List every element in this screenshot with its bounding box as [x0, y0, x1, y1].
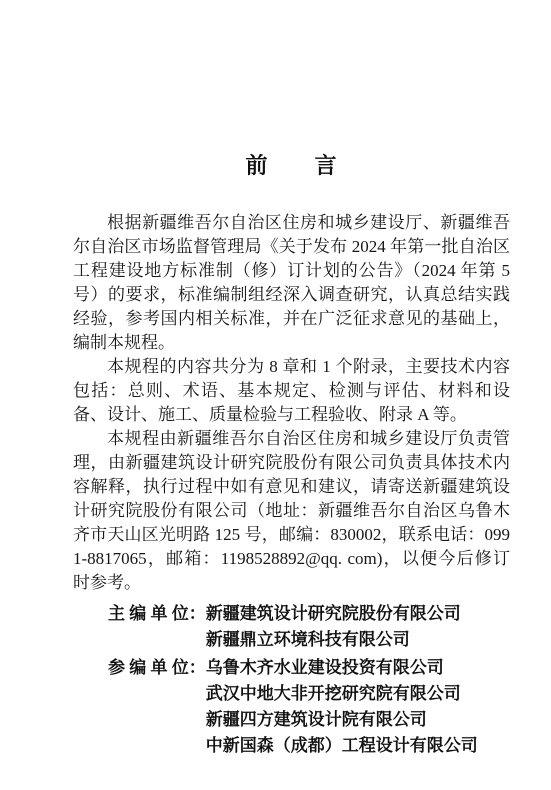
- paragraph-basis: 根据新疆维吾尔自治区住房和城乡建设厅、新疆维吾尔自治区市场监督管理局《关于发布 …: [73, 211, 510, 355]
- unit-name: 乌鲁木齐水业建设投资有限公司: [206, 655, 510, 681]
- unit-name: 新疆鼎立环境科技有限公司: [206, 627, 510, 653]
- unit-name: 武汉中地大非开挖研究院有限公司: [206, 681, 510, 707]
- participating-editor-label: 参 编 单 位：: [108, 655, 206, 681]
- preface-title: 前 言: [73, 149, 510, 180]
- unit-name: 中新国森（成都）工程设计有限公司: [206, 733, 510, 759]
- chief-editor-row: 主 编 单 位： 新疆建筑设计研究院股份有限公司 新疆鼎立环境科技有限公司: [108, 601, 510, 653]
- chief-editor-label: 主 编 单 位：: [108, 601, 206, 627]
- participating-editor-row: 参 编 单 位： 乌鲁木齐水业建设投资有限公司 武汉中地大非开挖研究院有限公司 …: [108, 655, 510, 759]
- editor-units-section: 主 编 单 位： 新疆建筑设计研究院股份有限公司 新疆鼎立环境科技有限公司 参 …: [108, 601, 510, 759]
- paragraph-contents: 本规程的内容共分为 8 章和 1 个附录，主要技术内容包括：总则、术语、基本规定…: [73, 355, 510, 427]
- unit-name: 新疆建筑设计研究院股份有限公司: [206, 601, 510, 627]
- document-page: 前 言 根据新疆维吾尔自治区住房和城乡建设厅、新疆维吾尔自治区市场监督管理局《关…: [0, 0, 551, 790]
- participating-editor-names: 乌鲁木齐水业建设投资有限公司 武汉中地大非开挖研究院有限公司 新疆四方建筑设计院…: [206, 655, 510, 759]
- preface-body: 根据新疆维吾尔自治区住房和城乡建设厅、新疆维吾尔自治区市场监督管理局《关于发布 …: [73, 211, 510, 595]
- chief-editor-names: 新疆建筑设计研究院股份有限公司 新疆鼎立环境科技有限公司: [206, 601, 510, 653]
- paragraph-management: 本规程由新疆维吾尔自治区住房和城乡建设厅负责管理，由新疆建筑设计研究院股份有限公…: [73, 427, 510, 595]
- unit-name: 新疆四方建筑设计院有限公司: [206, 707, 510, 733]
